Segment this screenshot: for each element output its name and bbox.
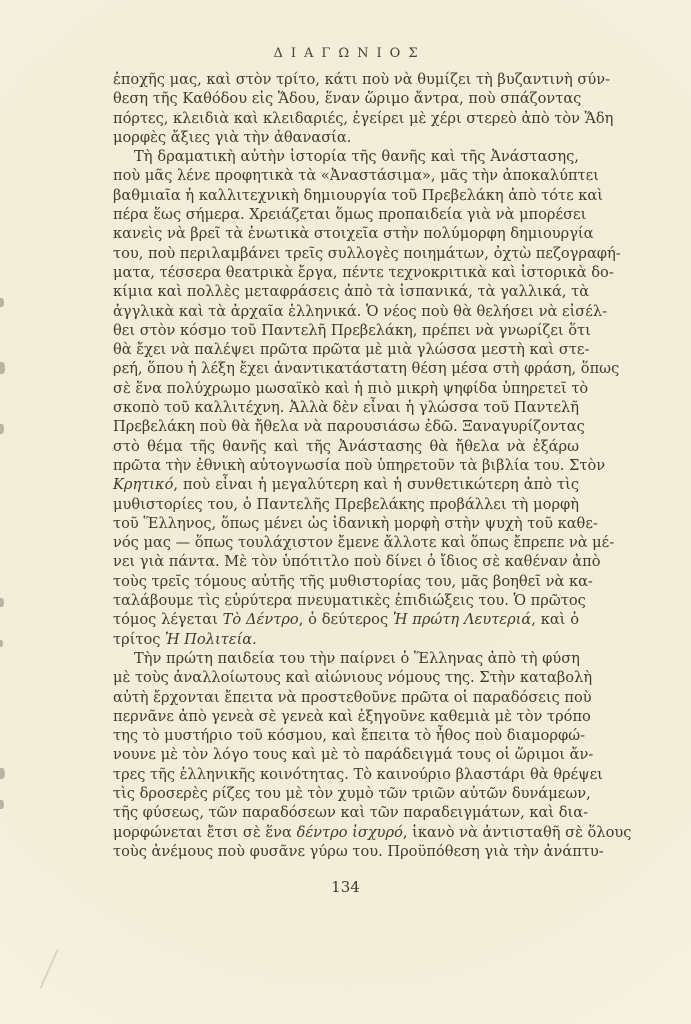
text-line: νει γιὰ πάντα. Μὲ τὸν ὑπότιτλο ποὺ δίνει… [113,552,579,571]
text-line: τρες τῆς ἑλληνικῆς κοινότητας. Τὸ καινού… [113,765,579,784]
italic-text-segment: δέντρο ἰσχυρό [297,824,403,841]
text-segment: ματα, τέσσερα θεατρικὰ ἔργα, πέντε τεχνο… [113,264,614,281]
text-line: τὶς δροσερὲς ρίζες του μὲ τὸν χυμὸ τῶν τ… [113,784,579,803]
text-segment: σὲ ἕνα πολύχρωμο μωσαϊκὸ καὶ ἡ πιὸ μικρὴ… [113,380,588,397]
text-line: κίμια καὶ πολλὲς μεταφράσεις ἀπὸ τὰ ἱσπα… [113,282,579,301]
text-line: στὸ θέμα τῆς θανῆς καὶ τῆς Ἀνάστασης θὰ … [113,437,579,456]
text-line: Κρητικό, ποὺ εἶναι ἡ μεγαλύτερη καὶ ἡ συ… [113,475,579,494]
text-segment: , ποὺ εἶναι ἡ μεγαλύτερη καὶ ἡ συνθετικώ… [173,476,579,493]
text-segment: , καὶ ὁ [531,611,579,628]
text-segment: του, ποὺ περιλαμβάνει τρεῖς συλλογὲς ποι… [113,245,621,262]
text-line: τοῦ Ἕλληνος, ὅπως μένει ὡς ἰδανικὴ μορφὴ… [113,514,579,533]
text-segment: σκοπὸ τοῦ καλλιτέχνη. Ἀλλὰ δὲν εἶναι ἡ γ… [113,399,579,416]
text-line: ἐποχῆς μας, καὶ στὸν τρίτο, κάτι ποὺ νὰ … [113,70,579,89]
italic-text-segment: Κρητικό [113,476,173,493]
text-line: ποὺ μᾶς λένε προφητικὰ τὰ «Ἀναστάσιμα», … [113,166,579,185]
scan-artifact [0,768,5,779]
text-segment: ἀγγλικὰ καὶ τὰ ἀρχαῖα ἑλληνικά. Ὁ νέος π… [113,303,607,320]
text-segment: Πρεβελάκη ποὺ θὰ ἤθελα νὰ παρουσιάσω ἐδῶ… [113,418,585,435]
text-line: της τὸ μυστήριο τοῦ κόσμου, καὶ ἔπειτα τ… [113,726,579,745]
text-segment: νει γιὰ πάντα. Μὲ τὸν ὑπότιτλο ποὺ δίνει… [113,553,601,570]
text-segment: τοὺς τρεῖς τόμους αὐτῆς τῆς μυθιστορίας … [113,573,593,590]
text-segment: Τὴ δραματικὴ αὐτὴν ἱστορία τῆς θανῆς καὶ… [134,148,579,165]
text-segment: , ἱκανὸ νὰ ἀντισταθῆ σὲ ὅλους [403,824,632,841]
page-number: 134 [0,878,691,896]
text-segment: πόρτες, κλειδιὰ καὶ κλειδαριές, ἐγείρει … [113,110,613,127]
text-line: μὲ τοὺς ἀναλλοίωτους καὶ αἰώνιους νόμους… [113,668,579,687]
text-line: μυθιστορίες του, ὁ Παντελῆς Πρεβελάκης π… [113,495,579,514]
text-segment: μορφὲς ἄξιες γιὰ τὴν ἀθανασία. [113,129,351,146]
text-segment: Τὴν πρώτη παιδεία του τὴν παίρνει ὁ Ἕλλη… [134,650,580,667]
text-line: μορφὲς ἄξιες γιὰ τὴν ἀθανασία. [113,128,579,147]
text-segment: τῆς φύσεως, τῶν παραδόσεων καὶ τῶν παραδ… [113,804,588,821]
text-segment: βαθμιαῖα ἡ καλλιτεχνικὴ δημιουργία τοῦ Π… [113,187,603,204]
text-segment: τρίτος [113,631,165,648]
text-segment: ρεή, ὅπου ἡ λέξη ἔχει ἀναντικατάστατη θέ… [113,360,619,377]
text-line: Τὴ δραματικὴ αὐτὴν ἱστορία τῆς θανῆς καὶ… [113,147,579,166]
text-line: μορφώνεται ἔτσι σὲ ἕνα δέντρο ἰσχυρό, ἱκ… [113,823,579,842]
scan-artifact [0,640,3,647]
scan-artifact [0,800,4,809]
text-segment: τρες τῆς ἑλληνικῆς κοινότητας. Τὸ καινού… [113,766,603,783]
text-segment: κανεὶς νὰ βρεῖ τὰ ἑνωτικὰ στοιχεῖα στὴν … [113,225,594,242]
running-header: ΔΙΑΓΩΝΙΟΣ [0,46,691,61]
text-line: πέρα ἕως σήμερα. Χρειάζεται ὅμως προπαιδ… [113,205,579,224]
text-line: βαθμιαῖα ἡ καλλιτεχνικὴ δημιουργία τοῦ Π… [113,186,579,205]
text-segment: τοῦ Ἕλληνος, ὅπως μένει ὡς ἰδανικὴ μορφὴ… [113,515,598,532]
text-segment: νουνε μὲ τὸν λόγο τους καὶ μὲ τὸ παράδει… [113,746,593,763]
text-segment: θὰ ἔχει νὰ παλέψει πρῶτα πρῶτα μὲ μιὰ γλ… [113,341,589,358]
text-line: τοὺς τρεῖς τόμους αὐτῆς τῆς μυθιστορίας … [113,572,579,591]
text-segment: αὐτὴ ἔρχονται ἔπειτα νὰ προστεθοῦνε πρῶτ… [113,689,592,706]
text-line: πόρτες, κλειδιὰ καὶ κλειδαριές, ἐγείρει … [113,109,579,128]
text-segment: , ὁ δεύτερος [299,611,393,628]
scan-artifact [0,424,4,434]
text-line: Πρεβελάκη ποὺ θὰ ἤθελα νὰ παρουσιάσω ἐδῶ… [113,417,579,436]
text-line: θὰ ἔχει νὰ παλέψει πρῶτα πρῶτα μὲ μιὰ γλ… [113,340,579,359]
text-line: τόμος λέγεται Τὸ Δέντρο, ὁ δεύτερος Ἡ πρ… [113,610,579,629]
text-line: κανεὶς νὰ βρεῖ τὰ ἑνωτικὰ στοιχεῖα στὴν … [113,224,579,243]
text-line: ταλάβουμε τὶς εὐρύτερα πνευματικὲς ἐπιδι… [113,591,579,610]
text-line: του, ποὺ περιλαμβάνει τρεῖς συλλογὲς ποι… [113,244,579,263]
text-line: σκοπὸ τοῦ καλλιτέχνη. Ἀλλὰ δὲν εἶναι ἡ γ… [113,398,579,417]
text-segment: θεση τῆς Καθόδου εἰς Ἅδου, ἕναν ὥριμο ἄν… [113,90,581,107]
text-segment: κίμια καὶ πολλὲς μεταφράσεις ἀπὸ τὰ ἱσπα… [113,283,589,300]
text-line: περνᾶνε ἀπὸ γενεὰ σὲ γενεὰ καὶ ἐξηγοῦνε … [113,707,579,726]
book-page-scan: ΔΙΑΓΩΝΙΟΣ ἐποχῆς μας, καὶ στὸν τρίτο, κά… [0,0,691,1024]
italic-text-segment: Ἡ πρώτη Λευτεριά [393,611,531,628]
text-line: πρῶτα τὴν ἐθνικὴ αὐτογνωσία ποὺ ὑπηρετοῦ… [113,456,579,475]
text-line: ἀγγλικὰ καὶ τὰ ἀρχαῖα ἑλληνικά. Ὁ νέος π… [113,302,579,321]
text-segment: τὶς δροσερὲς ρίζες του μὲ τὸν χυμὸ τῶν τ… [113,785,591,802]
text-segment: πρῶτα τὴν ἐθνικὴ αὐτογνωσία ποὺ ὑπηρετοῦ… [113,457,605,474]
text-line: ματα, τέσσερα θεατρικὰ ἔργα, πέντε τεχνο… [113,263,579,282]
text-segment: ταλάβουμε τὶς εὐρύτερα πνευματικὲς ἐπιδι… [113,592,586,609]
text-line: αὐτὴ ἔρχονται ἔπειτα νὰ προστεθοῦνε πρῶτ… [113,688,579,707]
text-segment: της τὸ μυστήριο τοῦ κόσμου, καὶ ἔπειτα τ… [113,727,585,744]
text-line: ρεή, ὅπου ἡ λέξη ἔχει ἀναντικατάστατη θέ… [113,359,579,378]
text-line: θει στὸν κόσμο τοῦ Παντελῆ Πρεβελάκη, πρ… [113,321,579,340]
scan-artifact [0,598,4,607]
text-segment: ἐποχῆς μας, καὶ στὸν τρίτο, κάτι ποὺ νὰ … [113,71,610,88]
text-line: τῆς φύσεως, τῶν παραδόσεων καὶ τῶν παραδ… [113,803,579,822]
text-line: σὲ ἕνα πολύχρωμο μωσαϊκὸ καὶ ἡ πιὸ μικρὴ… [113,379,579,398]
text-segment: πέρα ἕως σήμερα. Χρειάζεται ὅμως προπαιδ… [113,206,586,223]
text-segment: μὲ τοὺς ἀναλλοίωτους καὶ αἰώνιους νόμους… [113,669,592,686]
text-segment: στὸ θέμα τῆς θανῆς καὶ τῆς Ἀνάστασης θὰ … [113,438,579,455]
scan-artifact [40,950,58,989]
text-line: τοὺς ἀνέμους ποὺ φυσᾶνε γύρω του. Προϋπό… [113,842,579,861]
text-segment: τοὺς ἀνέμους ποὺ φυσᾶνε γύρω του. Προϋπό… [113,843,604,860]
text-line: Τὴν πρώτη παιδεία του τὴν παίρνει ὁ Ἕλλη… [113,649,579,668]
text-segment: περνᾶνε ἀπὸ γενεὰ σὲ γενεὰ καὶ ἐξηγοῦνε … [113,708,591,725]
text-line: τρίτος Ἡ Πολιτεία. [113,630,579,649]
text-segment: μορφώνεται ἔτσι σὲ ἕνα [113,824,297,841]
text-line: θεση τῆς Καθόδου εἰς Ἅδου, ἕναν ὥριμο ἄν… [113,89,579,108]
scan-artifact [0,362,5,374]
text-segment: θει στὸν κόσμο τοῦ Παντελῆ Πρεβελάκη, πρ… [113,322,591,339]
scan-artifact [0,298,4,307]
text-segment: μυθιστορίες του, ὁ Παντελῆς Πρεβελάκης π… [113,496,579,513]
text-segment: ποὺ μᾶς λένε προφητικὰ τὰ «Ἀναστάσιμα», … [113,167,599,184]
text-segment: νός μας — ὅπως τουλάχιστον ἔμενε ἄλλοτε … [113,534,614,551]
text-segment: τόμος λέγεται [113,611,223,628]
text-line: νουνε μὲ τὸν λόγο τους καὶ μὲ τὸ παράδει… [113,745,579,764]
text-line: νός μας — ὅπως τουλάχιστον ἔμενε ἄλλοτε … [113,533,579,552]
body-text: ἐποχῆς μας, καὶ στὸν τρίτο, κάτι ποὺ νὰ … [113,70,579,861]
italic-text-segment: Ἡ Πολιτεία. [165,631,257,648]
italic-text-segment: Τὸ Δέντρο [223,611,299,628]
